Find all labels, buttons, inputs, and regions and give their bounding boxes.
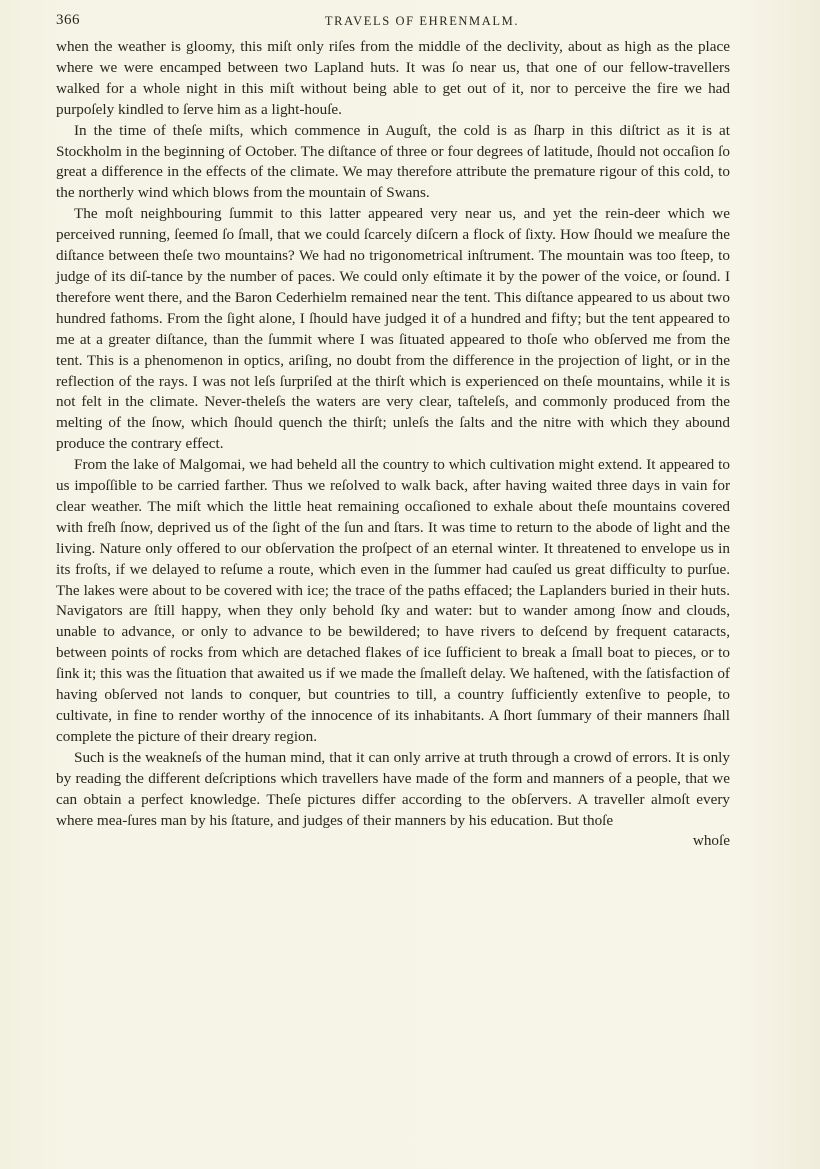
catchword: whoſe	[56, 831, 730, 852]
paragraph-1: when the weather is gloomy, this miſt on…	[56, 37, 730, 121]
running-head: TRAVELS OF EHRENMALM.	[56, 14, 788, 29]
book-page: 366 TRAVELS OF EHRENMALM. when the weath…	[0, 0, 820, 1169]
body-text: when the weather is gloomy, this miſt on…	[56, 37, 730, 852]
paragraph-4: From the lake of Malgomai, we had beheld…	[56, 455, 730, 748]
page-header: 366 TRAVELS OF EHRENMALM.	[56, 12, 788, 32]
paragraph-3: The moſt neighbouring ſummit to this lat…	[56, 204, 730, 455]
paragraph-2: In the time of theſe miſts, which commen…	[56, 121, 730, 205]
paragraph-5: Such is the weakneſs of the human mind, …	[56, 748, 730, 832]
